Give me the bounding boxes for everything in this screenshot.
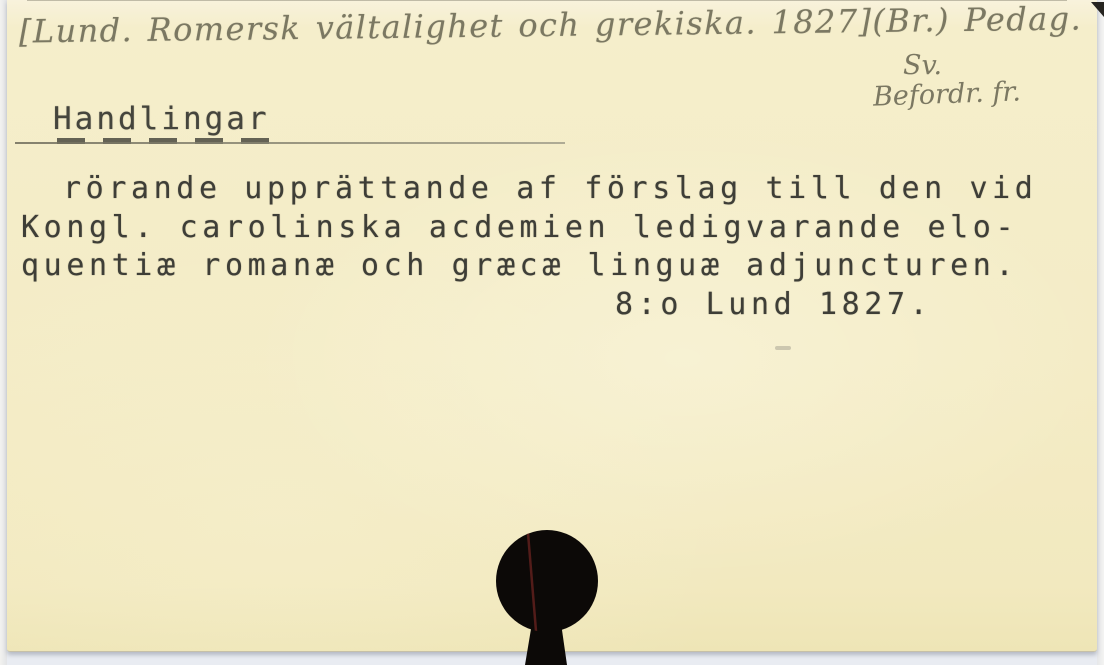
imprint-line: 8:o Lund 1827. (21, 286, 1101, 325)
card-body-line: Kongl. carolinska acdemien ledigvarande … (21, 209, 1101, 248)
handwritten-classification-sv: Sv. (903, 50, 942, 81)
card-body-line: quentiæ romanæ och græcæ linguæ adjunctu… (21, 247, 1101, 286)
corner-mark (1091, 2, 1104, 17)
card-body: rörande upprättande af förslag till den … (21, 170, 1101, 324)
card-heading: Handlingar (53, 101, 270, 137)
handwritten-classification-befordr: Befordr. fr. (873, 76, 1022, 112)
card-body-line: rörande upprättande af förslag till den … (21, 170, 1101, 209)
scanned-catalog-card-page: [Lund. Romersk vältalighet och grekiska.… (0, 0, 1104, 665)
handwritten-title-annotation: [Lund. Romersk vältalighet och grekiska.… (19, 0, 1082, 50)
pencil-dash-mark (775, 346, 791, 350)
scan-left-margin (0, 0, 7, 665)
rod-hole-icon (494, 529, 602, 665)
scan-right-margin (1097, 0, 1104, 665)
heading-rule-line (15, 142, 565, 144)
